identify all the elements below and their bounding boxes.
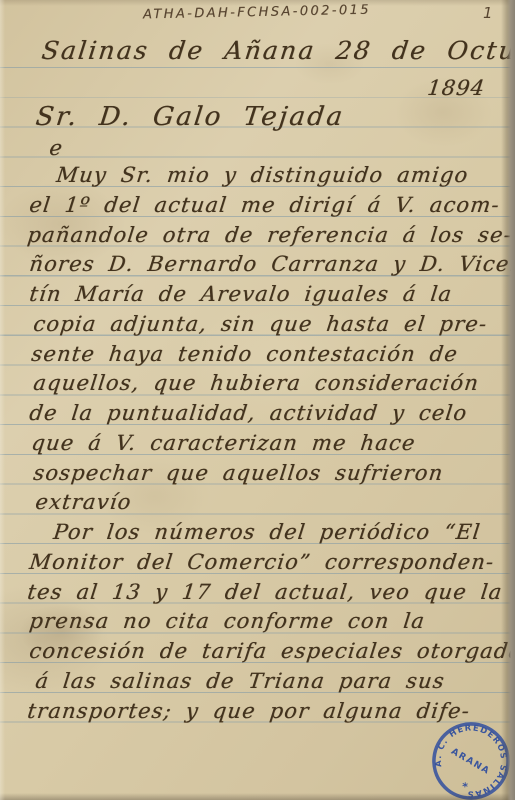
handwritten-line: el 1º del actual me dirigí á V. acom- — [28, 193, 501, 217]
handwritten-line: tín María de Arevalo iguales á la — [28, 282, 454, 306]
handwritten-line: tes al 13 y 17 del actual, veo que la — [26, 580, 504, 604]
handwritten-line: concesión de tarifa especiales otorgada — [28, 639, 515, 663]
salutation-flourish: e — [48, 136, 63, 160]
handwritten-line: extravío — [34, 490, 133, 514]
handwritten-line: ñores D. Bernardo Carranza y D. Vicen- — [28, 252, 515, 276]
dateline: Salinas de Añana 28 de Octubre — [40, 36, 515, 65]
recipient-line: Sr. D. Galo Tejada — [34, 102, 346, 132]
handwritten-line: transportes; y que por alguna dife- — [26, 699, 472, 723]
handwritten-line: sospechar que aquellos sufrieron — [32, 461, 445, 485]
handwritten-line: que á V. caracterizan me hace — [30, 431, 417, 455]
handwritten-line: pañandole otra de referencia á los se- — [26, 223, 513, 247]
archive-reference-code: ATHA-DAH-FCHSA-002-015 — [143, 3, 371, 23]
handwritten-line: á las salinas de Triana para sus — [34, 669, 446, 693]
page-number: 1 — [483, 4, 493, 22]
dateline-year: 1894 — [426, 76, 486, 100]
stamp-center-text: ARANA — [449, 747, 492, 777]
handwritten-line: copia adjunta, sin que hasta el pre- — [32, 312, 489, 336]
handwritten-line: Por los números del periódico “El — [52, 520, 482, 544]
handwritten-line: prensa no cita conforme con la — [28, 609, 427, 633]
handwritten-line: Muy Sr. mio y distinguido amigo — [55, 163, 470, 187]
handwritten-line: de la puntualidad, actividad y celo — [28, 401, 469, 425]
scanned-letter-page: ATHA-DAH-FCHSA-002-015 1 Salinas de Añan… — [0, 0, 515, 800]
handwritten-line: Monitor del Comercio” corresponden- — [28, 550, 496, 574]
circular-heirs-stamp: A. C. HEREDEROS SALINAS ARANA * — [426, 716, 515, 800]
handwritten-line: sente haya tenido contestación de — [30, 342, 460, 366]
handwritten-line: aquellos, que hubiera consideración — [32, 371, 481, 395]
